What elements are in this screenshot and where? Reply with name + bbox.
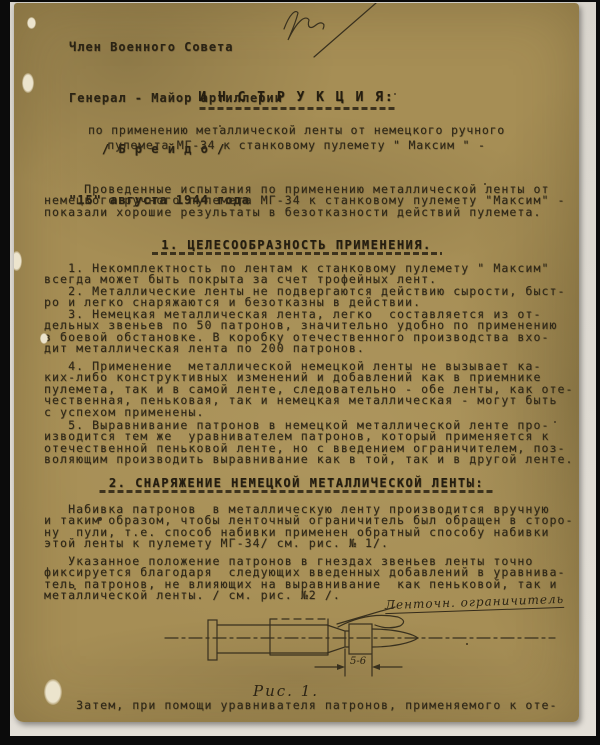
cartridge-rim	[208, 620, 217, 660]
dim-arrow-right-icon	[337, 664, 345, 670]
document-page: Член Военного Совета Генерал - Майор арт…	[14, 3, 579, 722]
section1-item1: 1. Некомплектность по лентам к станковом…	[44, 263, 579, 286]
paper-stain	[40, 333, 48, 344]
paper-stain	[22, 73, 34, 93]
dim-arrow-left-icon	[372, 664, 380, 670]
section2-para1: Набивка патронов в металлическую ленту п…	[44, 504, 579, 550]
limiter-spring	[338, 615, 404, 627]
cartridge-drawing: 5-6	[153, 597, 573, 689]
paper-speckles	[14, 3, 16, 5]
cartridge-shoulder	[327, 625, 349, 653]
dimension-label: 5-6	[350, 656, 367, 667]
section1-item4: 4. Применение металлической немецкой лен…	[44, 361, 579, 418]
cartridge-case	[217, 625, 327, 653]
section1-item5: 5. Выравнивание патронов в немецкой мета…	[44, 420, 579, 466]
intro-paragraph: Проведенные испытания по применению мета…	[44, 184, 579, 218]
title-underline	[199, 107, 394, 110]
paper-stain	[27, 17, 36, 29]
approval-line-role: Член Военного Совета	[69, 39, 283, 56]
footer-line: Затем, при помощи уравнивателя патронов,…	[44, 700, 579, 711]
section1-underline	[152, 252, 442, 255]
section1-item2: 2. Металлические ленты не подвергаются д…	[44, 286, 579, 309]
section2-underline	[99, 490, 494, 493]
section1-heading: 1. ЦЕЛЕСООБРАЗНОСТЬ ПРИМЕНЕНИЯ.	[14, 238, 579, 252]
signature-mark	[276, 3, 406, 61]
paper-stain	[14, 251, 22, 271]
photo-paper: Член Военного Совета Генерал - Майор арт…	[10, 2, 596, 736]
doc-subtitle: по применению металлической ленты от нем…	[14, 123, 579, 153]
paper-stain	[44, 679, 62, 705]
doc-title: И Н С Т Р У К Ц И Я:	[14, 90, 579, 105]
section2-heading: 2. СНАРЯЖЕНИЕ НЕМЕЦКОЙ МЕТАЛЛИЧЕСКОЙ ЛЕН…	[14, 476, 579, 490]
section1-item3: 3. Немецкая металлическая лента, легко с…	[44, 309, 579, 355]
link-front-plate	[349, 624, 372, 654]
